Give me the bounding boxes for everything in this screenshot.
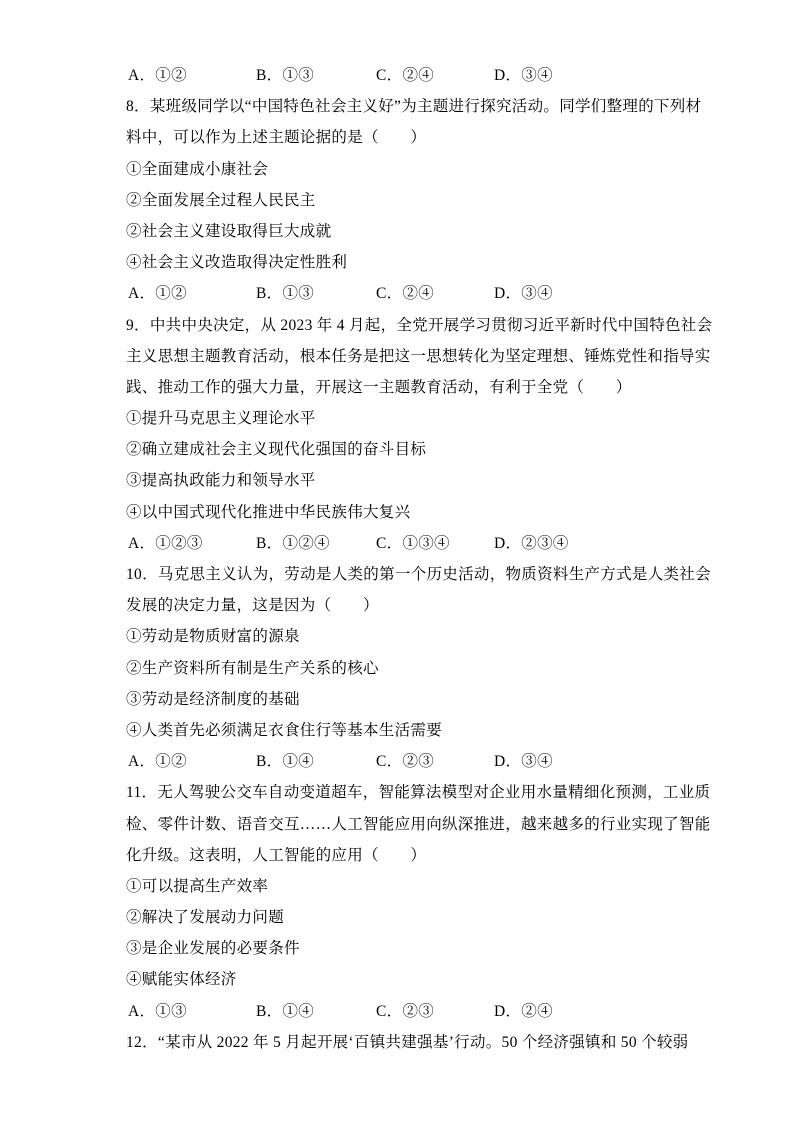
question-10-choice-3: ③劳动是经济制度的基础 [126,684,726,715]
carryover-option-b: B．①③ [256,60,314,91]
question-8-option-c: C．②④ [376,278,434,309]
question-10-stem-line-1: 10．马克思主义认为，劳动是人类的第一个历史活动，物质资料生产方式是人类社会 [126,559,726,590]
question-10-option-c: C．②③ [376,746,434,777]
question-9-stem-line-3: 践、推动工作的强大力量，开展这一主题教育活动，有利于全党（ ） [126,372,726,403]
question-9-choice-4: ④以中国式现代化推进中华民族伟大复兴 [126,497,726,528]
question-9-choice-1: ①提升马克思主义理论水平 [126,403,726,434]
question-11-choice-2: ②解决了发展动力问题 [126,902,726,933]
question-9-option-b: B．①②④ [256,528,330,559]
carryover-option-a: A．①② [128,60,187,91]
question-10-choice-1: ①劳动是物质财富的源泉 [126,621,726,652]
question-11-options-row: A．①③ B．①④ C．②③ D．②④ [126,996,726,1027]
question-11-choice-3: ③是企业发展的必要条件 [126,933,726,964]
question-8-choice-1: ①全面建成小康社会 [126,154,726,185]
question-9-choice-2: ②确立建成社会主义现代化强国的奋斗目标 [126,434,726,465]
question-8-choice-3: ②社会主义建设取得巨大成就 [126,216,726,247]
question-9-option-c: C．①③④ [376,528,450,559]
question-9-option-a: A．①②③ [128,528,203,559]
carryover-option-c: C．②④ [376,60,434,91]
question-11-option-a: A．①③ [128,996,187,1027]
document-content: A．①② B．①③ C．②④ D．③④ 8．某班级同学以“中国特色社会主义好”为… [126,60,726,1058]
question-8-choice-4: ④社会主义改造取得决定性胜利 [126,247,726,278]
question-8-option-b: B．①③ [256,278,314,309]
question-10-option-d: D．③④ [494,746,553,777]
question-11-choice-1: ①可以提高生产效率 [126,871,726,902]
question-10-stem-line-2: 发展的决定力量，这是因为（ ） [126,590,726,621]
question-8-options-row: A．①② B．①③ C．②④ D．③④ [126,278,726,309]
question-11-stem-line-2: 检、零件计数、语音交互……人工智能应用向纵深推进，越来越多的行业实现了智能 [126,809,726,840]
question-9-stem-line-1: 9．中共中央决定，从 2023 年 4 月起，全党开展学习贯彻习近平新时代中国特… [126,310,726,341]
question-8-option-a: A．①② [128,278,187,309]
question-8-choice-2: ②全面发展全过程人民民主 [126,185,726,216]
question-11-option-b: B．①④ [256,996,314,1027]
question-10-options-row: A．①② B．①④ C．②③ D．③④ [126,746,726,777]
question-9-choice-3: ③提高执政能力和领导水平 [126,465,726,496]
question-12-stem-line-1: 12．“某市从 2022 年 5 月起开展‘百镇共建强基’行动。50 个经济强镇… [126,1027,726,1058]
question-8-stem-line-2: 料中，可以作为上述主题论据的是（ ） [126,122,726,153]
question-9-options-row: A．①②③ B．①②④ C．①③④ D．②③④ [126,528,726,559]
question-9-option-d: D．②③④ [494,528,569,559]
question-11-stem-line-3: 化升级。这表明，人工智能的应用（ ） [126,840,726,871]
question-10-option-b: B．①④ [256,746,314,777]
exam-document-page: A．①② B．①③ C．②④ D．③④ 8．某班级同学以“中国特色社会主义好”为… [0,0,794,1123]
question-10-choice-2: ②生产资料所有制是生产关系的核心 [126,653,726,684]
question-9-stem-line-2: 主义思想主题教育活动，根本任务是把这一思想转化为坚定理想、锤炼党性和指导实 [126,341,726,372]
question-10-choice-4: ④人类首先必须满足衣食住行等基本生活需要 [126,715,726,746]
carryover-options-row: A．①② B．①③ C．②④ D．③④ [126,60,726,91]
question-11-option-d: D．②④ [494,996,553,1027]
question-11-stem-line-1: 11．无人驾驶公交车自动变道超车，智能算法模型对企业用水量精细化预测，工业质 [126,777,726,808]
question-8-stem-line-1: 8．某班级同学以“中国特色社会主义好”为主题进行探究活动。同学们整理的下列材 [126,91,726,122]
question-11-choice-4: ④赋能实体经济 [126,964,726,995]
question-10-option-a: A．①② [128,746,187,777]
question-11-option-c: C．②③ [376,996,434,1027]
question-8-option-d: D．③④ [494,278,553,309]
carryover-option-d: D．③④ [494,60,553,91]
